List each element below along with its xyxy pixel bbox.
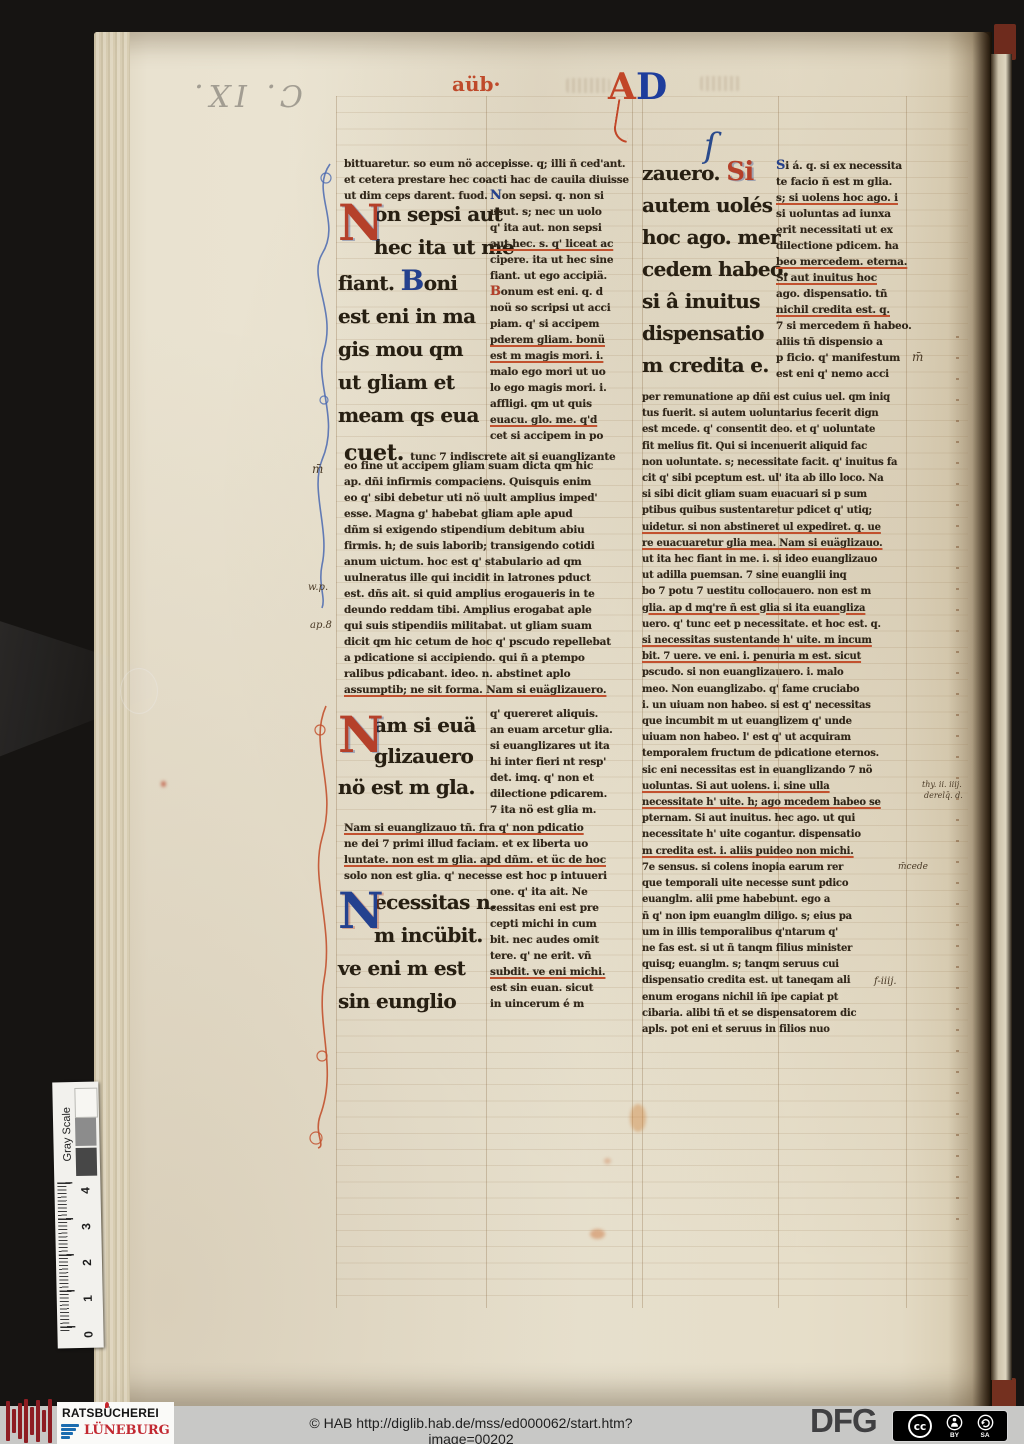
gloss-line: euacu. glo. me. q'd [490, 412, 634, 428]
gloss-line: eo fine ut accipem gliam suam dicta qm h… [344, 458, 636, 474]
gloss-line: Nam si euanglizauo tñ. fra q' non pdicat… [344, 820, 636, 836]
gloss-line: sic eni necessitas est in euanglizando 7… [642, 763, 908, 779]
margin-note: m̄ [912, 350, 923, 364]
gloss-line: per remunatione ap dñi est cuius uel. qm… [642, 390, 908, 406]
gloss-line: cepti michi in cum [490, 916, 634, 932]
gloss-line: aliis tñ dispensio a [776, 334, 908, 350]
gloss-line: esse. Magna g' habebat gliam aple apud [344, 506, 636, 522]
initial-n-red: N [338, 710, 383, 760]
gloss-line: dilectione pdicarem. [490, 786, 634, 802]
gloss-line: s; si uolens hoc ago. i [776, 190, 908, 206]
gloss-line: apls. pot eni et seruus in filios nuo [642, 1022, 908, 1038]
prick-marks [956, 336, 959, 1220]
sa-label: SA [980, 1432, 989, 1439]
page-holder-tip [120, 668, 158, 714]
gloss-line: glia. ap d mq're ñ est glia si ita euang… [642, 601, 908, 617]
by-label: BY [950, 1432, 959, 1439]
gloss-line: qui suis stipendiis militabat. ut gliam … [344, 618, 636, 634]
gloss-line: fit melius fit. Qui si incenuerit aliqui… [642, 439, 908, 455]
margin-note: m̄cede [898, 862, 928, 872]
gloss-line: 7 ita nö est glia m. [490, 802, 634, 818]
gloss-line: necessitate h' uite. h; ago mcedem habeo… [642, 795, 908, 811]
gloss-line: aut hec. s. q' liceat ac [490, 236, 634, 252]
gloss-line: cipere. ita ut hec sine [490, 252, 634, 268]
gloss-line: i. un uiuam non habeo. si est q' necessi… [642, 698, 908, 714]
gloss-line: affligi. qm ut quis [490, 396, 634, 412]
stain [630, 1104, 646, 1132]
gloss-line: dilectione pdicem. ha [776, 238, 908, 254]
gloss-line: erit necessitati ut ex [776, 222, 908, 238]
attribution-text: © HAB http://diglib.hab.de/mss/ed000062/… [280, 1415, 662, 1444]
gloss-line: um in illis temporalibus q'ntarum q' [642, 925, 908, 941]
cc-logo: cc [907, 1413, 933, 1439]
lemma-text: oni [424, 271, 458, 295]
gray-scale-card: Gray Scale 4 3 2 1 0 [52, 1082, 104, 1349]
lemma-line: fiant. Boni [338, 264, 490, 300]
logo-bar [6, 1401, 10, 1441]
gloss-line: one. q' ita ait. Ne [490, 884, 634, 900]
lemma-line: nö est m gla. [338, 772, 490, 803]
dfg-logo: DFG [810, 1402, 877, 1440]
ink-offset-ghost [700, 76, 740, 91]
margin-note: m̄ [312, 462, 323, 476]
gloss-line: pternam. Si aut inuitus. hec ago. ut qui [642, 811, 908, 827]
gloss-block-sub3: one. q' ita ait. Necessitas eni est prec… [490, 884, 634, 1012]
lemma-text: fiant. [338, 271, 401, 295]
gloss-line: dispensatio credita est. ut taneqam ali [642, 973, 908, 989]
lemma-text: zauero. [642, 161, 726, 185]
gloss-line: ago. dispensatio. tñ [776, 286, 908, 302]
lemma-line: hoc ago. mer [642, 221, 778, 253]
cc-sa-group: SA [977, 1414, 994, 1439]
lemma-line: cedem habeo. [642, 253, 778, 285]
gloss-line: ap. dñi infirmis compaciens. Quisquis en… [344, 474, 636, 490]
gloss-line: lo ego magis mori. i. [490, 380, 634, 396]
gloss-line: que temporali uite necesse sunt pdico [642, 876, 908, 892]
gray-patch-mid [75, 1118, 97, 1146]
ratsbuecherei-wordmark: RATSBÜCHEREI [62, 1406, 159, 1420]
lemma-block-2: N am si euä glizauero nö est m gla. [338, 710, 490, 803]
gloss-line: cessitas eni est pre [490, 900, 634, 916]
gloss-block-right-sub: Si á. q. si ex necessitate facio ñ est m… [776, 158, 908, 382]
gloss-line: p ficio. q' manifestum [776, 350, 908, 366]
gloss-line: tere. q' ne erit. vñ [490, 948, 634, 964]
gloss-line: Si aut inuitus hoc [776, 270, 908, 286]
lemma-line: si â inuitus [642, 285, 778, 317]
lemma-block-right: zauero. Si autem uolés hoc ago. mer cede… [642, 156, 778, 381]
gloss-line: pderem gliam. bonü [490, 332, 634, 348]
gloss-line: dicit qm hic cetum de hoc q' pscudo repe… [344, 634, 636, 650]
stain [590, 1229, 605, 1239]
running-title-letter-d: D [636, 66, 667, 108]
gloss-lines: eo fine ut accipem gliam suam dicta qm h… [344, 458, 636, 698]
gloss-line: ptibus quibus sustentaretur pdicet q' ut… [642, 503, 908, 519]
stain [604, 1158, 611, 1164]
gloss-line: euanglm. alii pme habebunt. ego a [642, 892, 908, 908]
logo-bar [24, 1399, 28, 1443]
ink-offset-ghost [566, 78, 610, 93]
quire-mark: f-iiij. [874, 976, 897, 987]
logo-bar [36, 1400, 40, 1442]
gloss-line: uoluntas. Si aut uolens. i. sine ulla [642, 779, 908, 795]
ratsbuecherei-logo: RATSBÜCHEREI LÜNEBURG [57, 1402, 174, 1444]
margin-note: thy. ii. iiij. [922, 780, 962, 789]
share-alike-arrow-icon [977, 1414, 994, 1431]
gloss-block-sub1: Non sepsi. q. non siusut. s; nec un uolo… [490, 188, 634, 444]
logo-bar [30, 1407, 34, 1435]
gloss-line: ut adilla puemsan. 7 sine euanglii inq [642, 568, 908, 584]
lemma-block-3: N ecessitas n. m incübit. ve eni m est s… [338, 886, 490, 1018]
lemma-line: autem uolés [642, 189, 778, 221]
svg-text:cc: cc [913, 1421, 926, 1433]
gloss-line: si necessitas sustentande h' uite. m inc… [642, 633, 908, 649]
gloss-line: Bonum est eni. q. d [490, 284, 634, 300]
gloss-line: det. imq. q' non et [490, 770, 634, 786]
cc-license-badge: cc BY SA [892, 1410, 1008, 1442]
gray-patch-white [74, 1088, 98, 1118]
initial-b-blue: B [401, 264, 424, 297]
logo-bar [18, 1403, 22, 1439]
gloss-line: que incumbit m ut euanglizem q' unde [642, 714, 908, 730]
gloss-line: noü so scripsi ut acci [490, 300, 634, 316]
gloss-block-mid: cuet.tunc 7 indiscrete ait si euanglizan… [344, 440, 636, 698]
gloss-line: ralibus pdicabant. ideo. n. abstinet apl… [344, 666, 636, 682]
logo-bar [48, 1399, 52, 1443]
gloss-line: cuet.tunc 7 indiscrete ait si euanglizan… [344, 440, 636, 458]
gloss-line: malo ego mori ut uo [490, 364, 634, 380]
gloss-line: pscudo. si non euanglizauero. i. malo [642, 665, 908, 681]
gloss-line: eo q' sibi debetur uti nö uult amplius i… [344, 490, 636, 506]
gloss-line: si euanglizares ut ita [490, 738, 634, 754]
blue-book-icon [61, 1424, 81, 1440]
gloss-line: q' ita aut. non sepsi [490, 220, 634, 236]
quire-signature: aüb· [452, 72, 500, 96]
gloss-line: ñ q' non ipm euanglm diligo. s; eius pa [642, 909, 908, 925]
gloss-line: m credita est. i. aliis puideo non michi… [642, 844, 908, 860]
pencil-foliation: C. IX. [158, 36, 334, 112]
gloss-line: te facio ñ est m glia. [776, 174, 908, 190]
cc-circle-icon: cc [907, 1413, 933, 1439]
margin-note: derelq̄. d. [924, 791, 963, 800]
gloss-line: est. dñs ait. si quid amplius erogaueris… [344, 586, 636, 602]
gloss-line: deundo reddam tibi. Amplius erogabat apl… [344, 602, 636, 618]
lemma-line: dispensatio [642, 317, 778, 349]
gloss-line: dñm si exigendo stipendium debitum abiu [344, 522, 636, 538]
gloss-line: piam. q' si accipem [490, 316, 634, 332]
gloss-line: solo non est glia. q' necesse est hoc p … [344, 868, 636, 884]
margin-note: w.p. [308, 582, 328, 593]
logo-bar [42, 1410, 46, 1432]
lemma-line: gis mou qm [338, 333, 490, 366]
initial-n-red: N [338, 198, 383, 248]
gloss-line: non uoluntate. s; necessitate facit. q' … [642, 455, 908, 471]
cc-by-group: BY [946, 1414, 963, 1439]
ruler-number: 1 [81, 1288, 95, 1302]
gloss-line: an euam arcetur glia. [490, 722, 634, 738]
gloss-line: est sin euan. sicut [490, 980, 634, 996]
initial-n-blue: N [338, 886, 383, 936]
lueneburg-wordmark: LÜNEBURG [84, 1423, 170, 1438]
gloss-line: assumptib; ne sit forma. Nam si euägliza… [344, 682, 636, 698]
gloss-line: uero. q' tunc eet p necessitate. et hoc … [642, 617, 908, 633]
gloss-line: nichil credita est. q. [776, 302, 908, 318]
gloss-line: ut ita hec fiant in me. i. si ideo euang… [642, 552, 908, 568]
gloss-line: est mcede. q' consentit deo. et q' uolun… [642, 422, 908, 438]
gloss-line: anum uictum. hoc est q' stabulario ad qm [344, 554, 636, 570]
gloss-line: cibaria. alibi tñ et se dispensatorem di… [642, 1006, 908, 1022]
facing-page-edge [991, 54, 1012, 1380]
gloss-line: uulneratus ille qui incidit in latrones … [344, 570, 636, 586]
margin-note: ap.8 [310, 620, 332, 631]
gloss-line: in uincerum é m [490, 996, 634, 1012]
ruler-major-ticks [57, 1182, 75, 1329]
gloss-line: enum erogans nichil iñ ipe capiat pt [642, 990, 908, 1006]
ruler-number: 4 [78, 1180, 92, 1194]
digitized-manuscript-viewer: C. IX. aüb· A D ſ bittuaretur. so eum nö… [0, 0, 1024, 1444]
gloss-line: ne dei 7 primi illud faciam. et ex liber… [344, 836, 636, 852]
gloss-line: si sibi dicit gliam suam euacuari si p s… [642, 487, 908, 503]
library-bars-logo [6, 1398, 54, 1444]
gloss-line: hi inter fieri nt resp' [490, 754, 634, 770]
gloss-line: Si á. q. si ex necessita [776, 158, 908, 174]
gloss-line: ne fas est. si ut ñ tanqm filius ministe… [642, 941, 908, 957]
gloss-line: quisq; euanglm. s; tanqm seruus cui [642, 957, 908, 973]
gloss-line: uidetur. si non abstineret ul expediret.… [642, 520, 908, 536]
initial-si-red: Si [726, 157, 753, 187]
lemma-line: ut gliam et [338, 366, 490, 399]
ruler-number: 2 [80, 1252, 94, 1266]
lemma-line: sin eunglio [338, 985, 490, 1018]
lemma-line: est eni in ma [338, 300, 490, 333]
gray-patch-dark [76, 1148, 98, 1176]
gloss-line: est eni q' nemo acci [776, 366, 908, 382]
gloss-line: est m magis mori. i. [490, 348, 634, 364]
gloss-line: subdit. ve eni michi. [490, 964, 634, 980]
gloss-line: tus fuerit. si autem uoluntarius fecerit… [642, 406, 908, 422]
attribution-person-icon [946, 1414, 963, 1431]
gloss-line: a pdicatione si accipiendo. qui ñ a ptem… [344, 650, 636, 666]
lemma-line: meam qs eua [338, 399, 490, 432]
gloss-line: beo mercedem. eterna. [776, 254, 908, 270]
gloss-block-right-main: per remunatione ap dñi est cuius uel. qm… [642, 390, 908, 1038]
gloss-line: usut. s; nec un uolo [490, 204, 634, 220]
gloss-block-sub2: q' quereret aliquis.an euam arcetur glia… [490, 706, 634, 818]
gloss-line: re euacuaretur glia mea. Nam si euägliza… [642, 536, 908, 552]
gloss-line: bittuaretur. so eum nö accepisse. q; ill… [344, 156, 636, 172]
gloss-line: temporalem fructum de pdicatione eternos… [642, 746, 908, 762]
gloss-line: necessitate h' uite cogantur. dispensati… [642, 827, 908, 843]
gloss-line: firmis. h; de suis laborib; transigendo … [344, 538, 636, 554]
gloss-line: q' quereret aliquis. [490, 706, 634, 722]
red-umlaut-flame [105, 1402, 109, 1408]
lemma-block-1: N on sepsi aut hec ita ut me fiant. Boni… [338, 198, 490, 432]
gloss-line: Non sepsi. q. non si [490, 188, 634, 204]
stain [161, 781, 166, 787]
gloss-line: 7e sensus. si colens inopia earum rer [642, 860, 908, 876]
gloss-block-low: Nam si euanglizauo tñ. fra q' non pdicat… [344, 820, 636, 884]
gloss-line: meo. Non euanglizabo. q' fame cruciabo [642, 682, 908, 698]
gloss-line: 7 si mercedem ñ habeo. [776, 318, 908, 334]
lemma-line: m credita e. [642, 349, 778, 381]
gloss-line: cit q' sibi pceptum est. ul' ita ab illo… [642, 471, 908, 487]
gloss-line: bo 7 potu 7 uestitu collocauero. non est… [642, 584, 908, 600]
logo-bar [12, 1409, 16, 1433]
ruler-number: 0 [81, 1324, 95, 1338]
gloss-line: fiant. ut ego accipiä. [490, 268, 634, 284]
gloss-line: luntate. non est m glia. apd dñm. et üc … [344, 852, 636, 868]
ruler-number: 3 [79, 1216, 93, 1230]
gloss-line: bit. 7 uere. ve eni. i. penuria m est. s… [642, 649, 908, 665]
gloss-line: uiuam non habeo. l' est q' ut acquiram [642, 730, 908, 746]
gloss-line: si uoluntas ad iunxa [776, 206, 908, 222]
lemma-line: ve eni m est [338, 952, 490, 985]
lemma-line: zauero. Si [642, 156, 778, 189]
gloss-line: bit. nec audes omit [490, 932, 634, 948]
gloss-line: et cetera prestare hec coacti hac de cau… [344, 172, 636, 188]
